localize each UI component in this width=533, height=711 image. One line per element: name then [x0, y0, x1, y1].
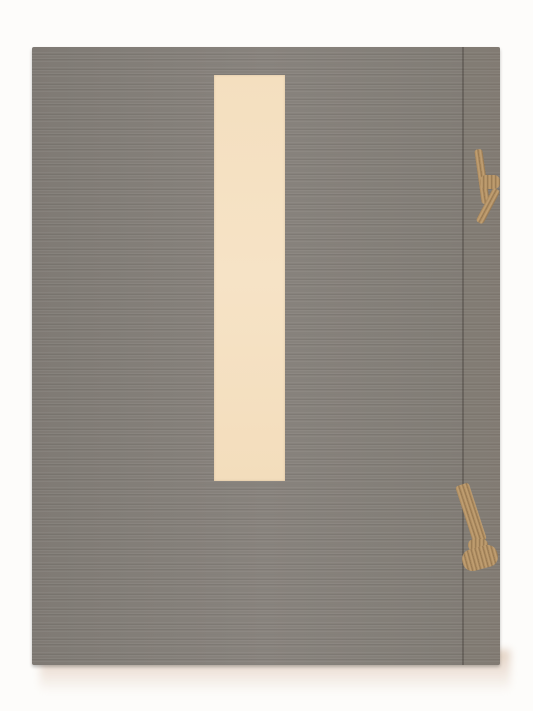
- spine-panel: [464, 47, 500, 665]
- top-tie-knot: [480, 175, 500, 189]
- photo-scene: [0, 0, 533, 711]
- book-cover: [32, 47, 500, 665]
- title-label: [214, 75, 285, 481]
- spine-crease: [462, 47, 464, 665]
